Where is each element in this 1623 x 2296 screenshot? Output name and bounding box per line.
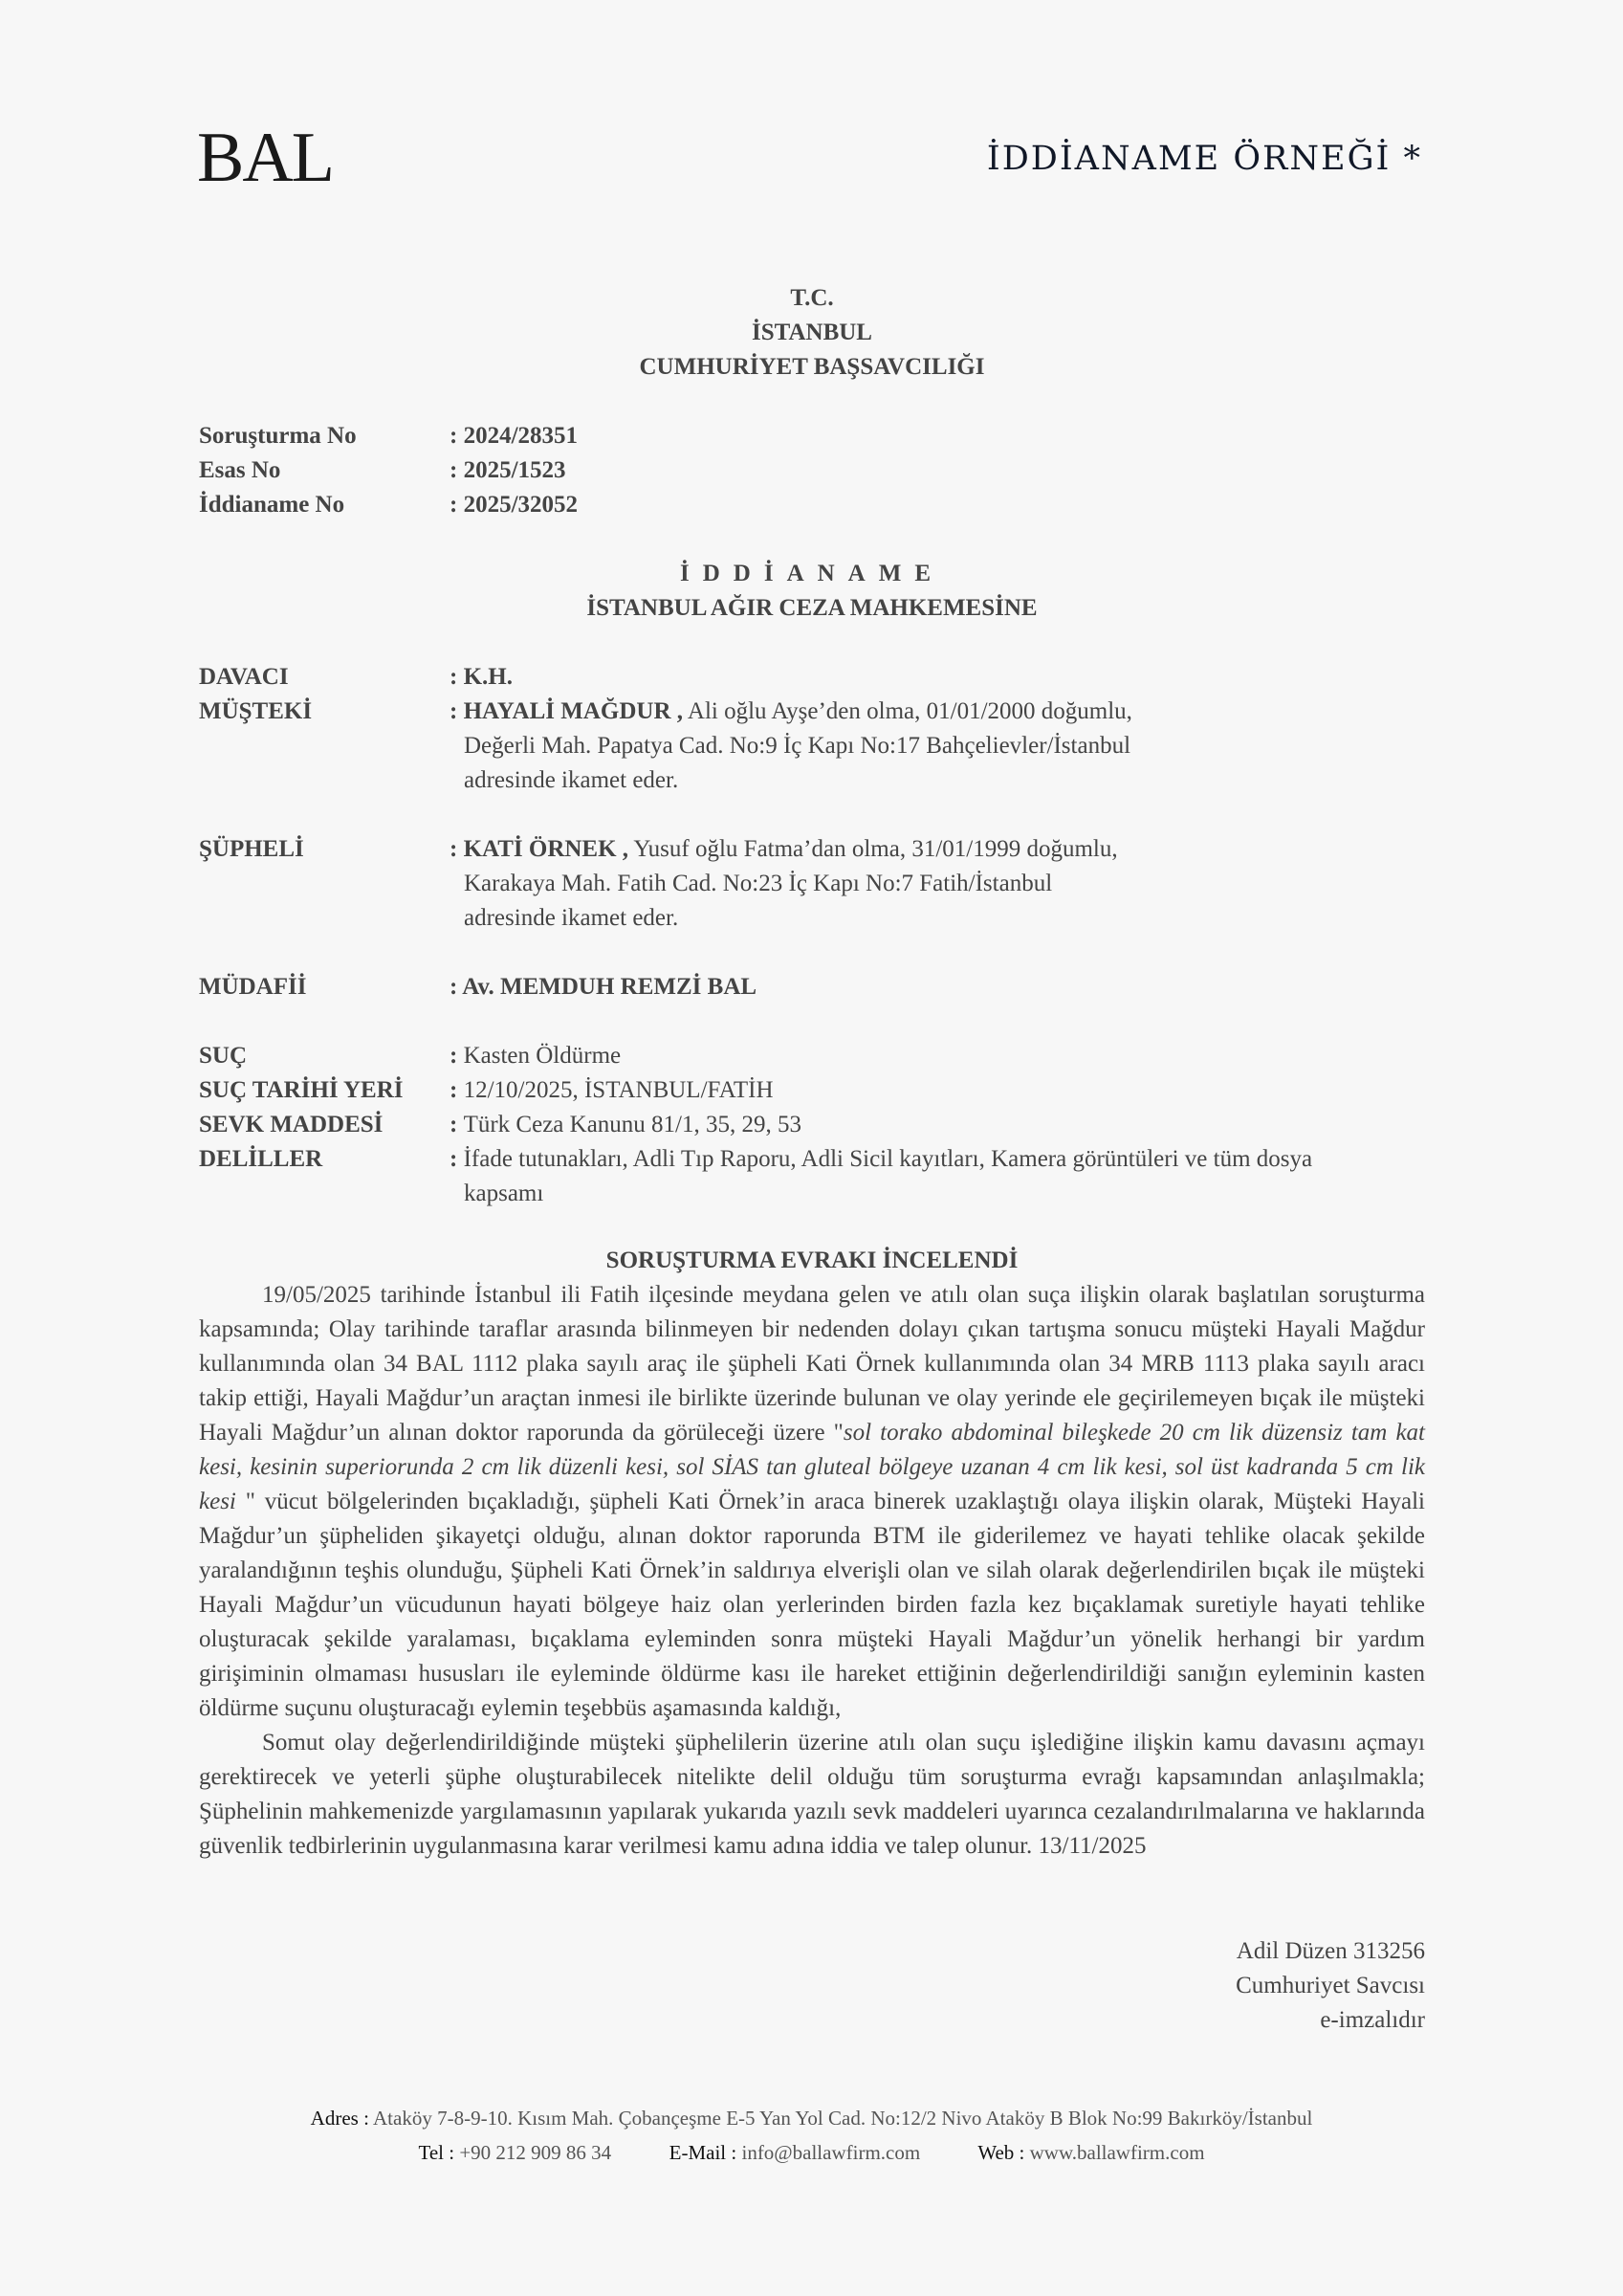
parties-section: DAVACI : K.H. MÜŞTEKİ : HAYALİ MAĞDUR , … (199, 660, 1425, 1211)
indictment-number-row: İddianame No : 2025/32052 (199, 488, 578, 522)
firm-logo: BAL (197, 122, 333, 193)
defense-label: MÜDAFİİ (199, 970, 450, 1004)
indictment-number-label: İddianame No (199, 488, 450, 522)
suspect-address: Karakaya Mah. Fatih Cad. No:23 İç Kapı N… (450, 867, 1425, 901)
suspect-row: ŞÜPHELİ : KATİ ÖRNEK , Yusuf oğlu Fatma’… (199, 832, 1425, 936)
plaintiff-row: DAVACI : K.H. (199, 660, 1425, 695)
indictment-title: İDDİANAME (199, 557, 1425, 591)
crime-date-place-colon: : (450, 1077, 464, 1103)
suspect-name: KATİ ÖRNEK , (464, 836, 628, 862)
authority-line-city: İSTANBUL (199, 316, 1425, 350)
footer-address-label: Adres : (311, 2107, 369, 2130)
footer-address: Ataköy 7-8-9-10. Kısım Mah. Çobançeşme E… (369, 2107, 1312, 2130)
complainant-label: MÜŞTEKİ (199, 695, 450, 798)
prosecutor-signature: Adil Düzen 313256 Cumhuriyet Savcısı e-i… (1236, 1934, 1425, 2038)
evidence-row: DELİLLER : İfade tutunakları, Adli Tıp R… (199, 1142, 1425, 1211)
crime-date-place-value: 12/10/2025, İSTANBUL/FATİH (464, 1077, 774, 1103)
indictment-heading: İDDİANAME İSTANBUL AĞIR CEZA MAHKEMESİNE (199, 557, 1425, 626)
review-section-heading: SORUŞTURMA EVRAKI İNCELENDİ (199, 1244, 1425, 1278)
complainant-address: Değerli Mah. Papatya Cad. No:9 İç Kapı N… (450, 729, 1425, 763)
court-name: İSTANBUL AĞIR CEZA MAHKEMESİNE (199, 591, 1425, 626)
plaintiff-value: : K.H. (450, 660, 1425, 695)
articles-row: SEVK MADDESİ : Türk Ceza Kanunu 81/1, 35… (199, 1108, 1425, 1142)
evidence-value-cont: kapsamı (450, 1177, 1425, 1211)
offense-colon: : (450, 1043, 464, 1069)
case-numbers: Soruşturma No : 2024/28351 Esas No : 202… (199, 419, 578, 522)
investigation-number-label: Soruşturma No (199, 419, 450, 453)
crime-date-place-label: SUÇ TARİHİ YERİ (199, 1073, 450, 1108)
crime-date-place-row: SUÇ TARİHİ YERİ : 12/10/2025, İSTANBUL/F… (199, 1073, 1425, 1108)
review-section-title: SORUŞTURMA EVRAKI İNCELENDİ (199, 1244, 1425, 1278)
footer-email-link[interactable]: info@ballawfirm.com (736, 2141, 920, 2164)
complainant-value: : HAYALİ MAĞDUR , Ali oğlu Ayşe’den olma… (450, 695, 1425, 798)
offense-label: SUÇ (199, 1039, 450, 1073)
prosecutor-name: Adil Düzen 313256 (1236, 1934, 1425, 1969)
narrative-paragraph-1: 19/05/2025 tarihinde İstanbul ili Fatih … (199, 1278, 1425, 1726)
footer-tel-label: Tel : (418, 2141, 454, 2164)
indictment-number-value: : 2025/32052 (450, 488, 578, 522)
footer-address-line: Adres : Ataköy 7-8-9-10. Kısım Mah. Çoba… (0, 2101, 1623, 2135)
page-footer: Adres : Ataköy 7-8-9-10. Kısım Mah. Çoba… (0, 2101, 1623, 2170)
articles-value: Türk Ceza Kanunu 81/1, 35, 29, 53 (464, 1112, 801, 1137)
complainant-colon: : (450, 698, 464, 724)
e-signature-note: e-imzalıdır (1236, 2003, 1425, 2038)
footer-contact-line: Tel : +90 212 909 86 34 E-Mail : info@ba… (0, 2135, 1623, 2170)
plaintiff-label: DAVACI (199, 660, 450, 695)
articles-label: SEVK MADDESİ (199, 1108, 450, 1142)
narrative-paragraph-2: Somut olay değerlendirildiğinde müşteki … (199, 1726, 1425, 1864)
footer-tel[interactable]: +90 212 909 86 34 (454, 2141, 611, 2164)
footer-web-link[interactable]: www.ballawfirm.com (1024, 2141, 1204, 2164)
footer-web-label: Web : (977, 2141, 1024, 2164)
authority-line-office: CUMHURİYET BAŞSAVCILIĞI (199, 350, 1425, 385)
indictment-narrative: 19/05/2025 tarihinde İstanbul ili Fatih … (199, 1278, 1425, 1864)
suspect-colon: : (450, 836, 464, 862)
defense-row: MÜDAFİİ : Av. MEMDUH REMZİ BAL (199, 970, 1425, 1004)
narrative-text-1b: " vücut bölgelerinden bıçakladığı, şüphe… (199, 1489, 1425, 1721)
articles-colon: : (450, 1112, 464, 1137)
suspect-residence: adresinde ikamet eder. (450, 901, 1425, 936)
suspect-details: Yusuf oğlu Fatma’dan olma, 31/01/1999 do… (628, 836, 1118, 862)
complainant-row: MÜŞTEKİ : HAYALİ MAĞDUR , Ali oğlu Ayşe’… (199, 695, 1425, 798)
complainant-details: Ali oğlu Ayşe’den olma, 01/01/2000 doğum… (683, 698, 1132, 724)
investigation-number-value: : 2024/28351 (450, 419, 578, 453)
docket-number-value: : 2025/1523 (450, 453, 578, 488)
docket-number-label: Esas No (199, 453, 450, 488)
investigation-number-row: Soruşturma No : 2024/28351 (199, 419, 578, 453)
complainant-name: HAYALİ MAĞDUR , (464, 698, 683, 724)
footer-email-label: E-Mail : (669, 2141, 737, 2164)
authority-heading: T.C. İSTANBUL CUMHURİYET BAŞSAVCILIĞI (199, 281, 1425, 385)
evidence-colon: : (450, 1146, 464, 1172)
suspect-label: ŞÜPHELİ (199, 832, 450, 936)
document-title: İDDİANAME ÖRNEĞİ * (987, 140, 1422, 178)
prosecutor-title: Cumhuriyet Savcısı (1236, 1969, 1425, 2003)
docket-number-row: Esas No : 2025/1523 (199, 453, 578, 488)
evidence-label: DELİLLER (199, 1142, 450, 1211)
offense-value: Kasten Öldürme (464, 1043, 622, 1069)
defense-value: : Av. MEMDUH REMZİ BAL (450, 970, 1425, 1004)
offense-row: SUÇ : Kasten Öldürme (199, 1039, 1425, 1073)
suspect-value: : KATİ ÖRNEK , Yusuf oğlu Fatma’dan olma… (450, 832, 1425, 936)
authority-line-tc: T.C. (199, 281, 1425, 316)
evidence-value: İfade tutunakları, Adli Tıp Raporu, Adli… (464, 1146, 1313, 1172)
complainant-residence: adresinde ikamet eder. (450, 763, 1425, 798)
